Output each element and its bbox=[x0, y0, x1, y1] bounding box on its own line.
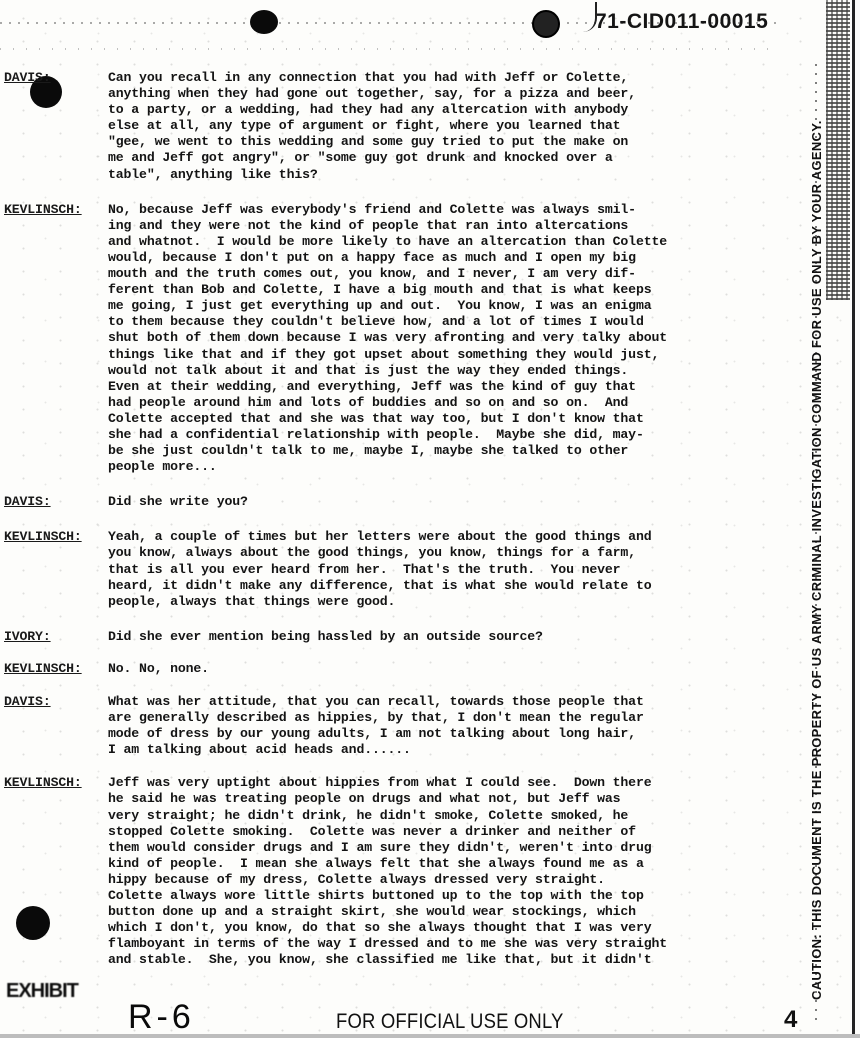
handwritten-reference: R-6 bbox=[128, 998, 195, 1037]
speech-line: mouth and the truth comes out, you know,… bbox=[108, 266, 748, 282]
speech-line: hippy because of my dress, Colette alway… bbox=[108, 872, 748, 888]
speech-line: you know, always about the good things, … bbox=[108, 545, 748, 561]
transcript-entry: DAVIS:Did she write you? bbox=[0, 494, 800, 510]
speech-line: ing and they were not the kind of people… bbox=[108, 218, 748, 234]
speech-line: Did she ever mention being hassled by an… bbox=[108, 629, 748, 645]
speech-line: to a party, or a wedding, had they had a… bbox=[108, 102, 748, 118]
document-page: 71-CID011-00015 CAUTION: THIS DOCUMENT I… bbox=[0, 0, 860, 1038]
speaker-label: KEVLINSCH: bbox=[0, 775, 108, 968]
speech-line: me and Jeff got angry", or "some guy got… bbox=[108, 150, 748, 166]
exhibit-stamp: EXHIBIT bbox=[6, 982, 78, 1001]
speech-line: would, because I don't put on a happy fa… bbox=[108, 250, 748, 266]
speech-line: me going, I just get everything up and o… bbox=[108, 298, 748, 314]
speech-line: What was her attitude, that you can reca… bbox=[108, 694, 748, 710]
speech-line: button done up and a straight skirt, she… bbox=[108, 904, 748, 920]
speech-line: Yeah, a couple of times but her letters … bbox=[108, 529, 748, 545]
speech-line: Colette always wore little shirts button… bbox=[108, 888, 748, 904]
speech-line: things like that and if they got upset a… bbox=[108, 347, 748, 363]
speech-line: which I don't, you know, do that so she … bbox=[108, 920, 748, 936]
speech-line: anything when they had gone out together… bbox=[108, 86, 748, 102]
speaker-label: KEVLINSCH: bbox=[0, 202, 108, 476]
speech-text: Yeah, a couple of times but her letters … bbox=[108, 529, 748, 609]
speech-text: What was her attitude, that you can reca… bbox=[108, 694, 748, 758]
speech-line: flamboyant in terms of the way I dressed… bbox=[108, 936, 748, 952]
speech-line: mode of dress by our young adults, I am … bbox=[108, 726, 748, 742]
punch-hole-icon bbox=[532, 10, 560, 38]
speech-line: people, always that things were good. bbox=[108, 594, 748, 610]
speech-text: Can you recall in any connection that yo… bbox=[108, 70, 748, 183]
speech-text: Jeff was very uptight about hippies from… bbox=[108, 775, 748, 968]
transcript-entry: DAVIS:What was her attitude, that you ca… bbox=[0, 694, 800, 758]
speech-line: stopped Colette smoking. Colette was nev… bbox=[108, 824, 748, 840]
speaker-label: DAVIS: bbox=[0, 494, 108, 510]
speech-line: kind of people. I mean she always felt t… bbox=[108, 856, 748, 872]
speech-line: ferent than Bob and Colette, I have a bi… bbox=[108, 282, 748, 298]
speech-line: would not talk about it and that is just… bbox=[108, 363, 748, 379]
speech-line: them would consider drugs and I am sure … bbox=[108, 840, 748, 856]
transcript-entry: KEVLINSCH:Jeff was very uptight about hi… bbox=[0, 775, 800, 968]
speech-line: to them because they couldn't believe ho… bbox=[108, 314, 748, 330]
caution-notice: CAUTION: THIS DOCUMENT IS THE PROPERTY O… bbox=[806, 0, 828, 1000]
bottom-edge bbox=[0, 1034, 860, 1038]
speech-line: Did she write you? bbox=[108, 494, 748, 510]
speech-line: people more... bbox=[108, 459, 748, 475]
speech-line: be she just couldn't talk to me, maybe I… bbox=[108, 443, 748, 459]
speech-line: had people around him and lots of buddie… bbox=[108, 395, 748, 411]
speech-line: No, because Jeff was everybody's friend … bbox=[108, 202, 748, 218]
speech-line: "gee, we went to this wedding and some g… bbox=[108, 134, 748, 150]
speech-line: very straight; he didn't drink, he didn'… bbox=[108, 808, 748, 824]
speech-line: are generally described as hippies, by t… bbox=[108, 710, 748, 726]
speaker-label: KEVLINSCH: bbox=[0, 529, 108, 609]
page-number: 4 bbox=[784, 1006, 797, 1034]
speech-text: No. No, none. bbox=[108, 661, 748, 677]
speech-line: Can you recall in any connection that yo… bbox=[108, 70, 748, 86]
transcript: DAVIS:Can you recall in any connection t… bbox=[0, 70, 800, 969]
margin-smear bbox=[826, 0, 850, 300]
speech-line: Jeff was very uptight about hippies from… bbox=[108, 775, 748, 791]
speech-line: Colette accepted that and she was that w… bbox=[108, 411, 748, 427]
speech-line: and whatnot. I would be more likely to h… bbox=[108, 234, 748, 250]
document-id: 71-CID011-00015 bbox=[595, 10, 768, 34]
speech-line: heard, it didn't make any difference, th… bbox=[108, 578, 748, 594]
speech-text: Did she write you? bbox=[108, 494, 748, 510]
speech-line: he said he was treating people on drugs … bbox=[108, 791, 748, 807]
transcript-entry: KEVLINSCH:No, because Jeff was everybody… bbox=[0, 202, 800, 476]
speech-line: I am talking about acid heads and...... bbox=[108, 742, 748, 758]
speech-text: No, because Jeff was everybody's friend … bbox=[108, 202, 748, 476]
speaker-label: KEVLINSCH: bbox=[0, 661, 108, 677]
punch-hole-icon bbox=[250, 10, 278, 34]
speech-line: table", anything like this? bbox=[108, 167, 748, 183]
speech-line: else at all, any type of argument or fig… bbox=[108, 118, 748, 134]
transcript-entry: DAVIS:Can you recall in any connection t… bbox=[0, 70, 800, 183]
footer-classification: FOR OFFICIAL USE ONLY bbox=[336, 1010, 564, 1034]
transcript-entry: IVORY:Did she ever mention being hassled… bbox=[0, 629, 800, 645]
speech-line: and stable. She, you know, she classifie… bbox=[108, 952, 748, 968]
transcript-entry: KEVLINSCH:No. No, none. bbox=[0, 661, 800, 677]
speech-line: shut both of them down because I was ver… bbox=[108, 330, 748, 346]
page-edge bbox=[852, 0, 855, 1038]
speaker-label: DAVIS: bbox=[0, 694, 108, 758]
speech-line: Even at their wedding, and everything, J… bbox=[108, 379, 748, 395]
speaker-label: DAVIS: bbox=[0, 70, 108, 183]
speech-text: Did she ever mention being hassled by an… bbox=[108, 629, 748, 645]
speech-line: No. No, none. bbox=[108, 661, 748, 677]
speech-line: that is all you ever heard from her. Tha… bbox=[108, 562, 748, 578]
transcript-entry: KEVLINSCH:Yeah, a couple of times but he… bbox=[0, 529, 800, 609]
speaker-label: IVORY: bbox=[0, 629, 108, 645]
speech-line: she had a confidential relationship with… bbox=[108, 427, 748, 443]
